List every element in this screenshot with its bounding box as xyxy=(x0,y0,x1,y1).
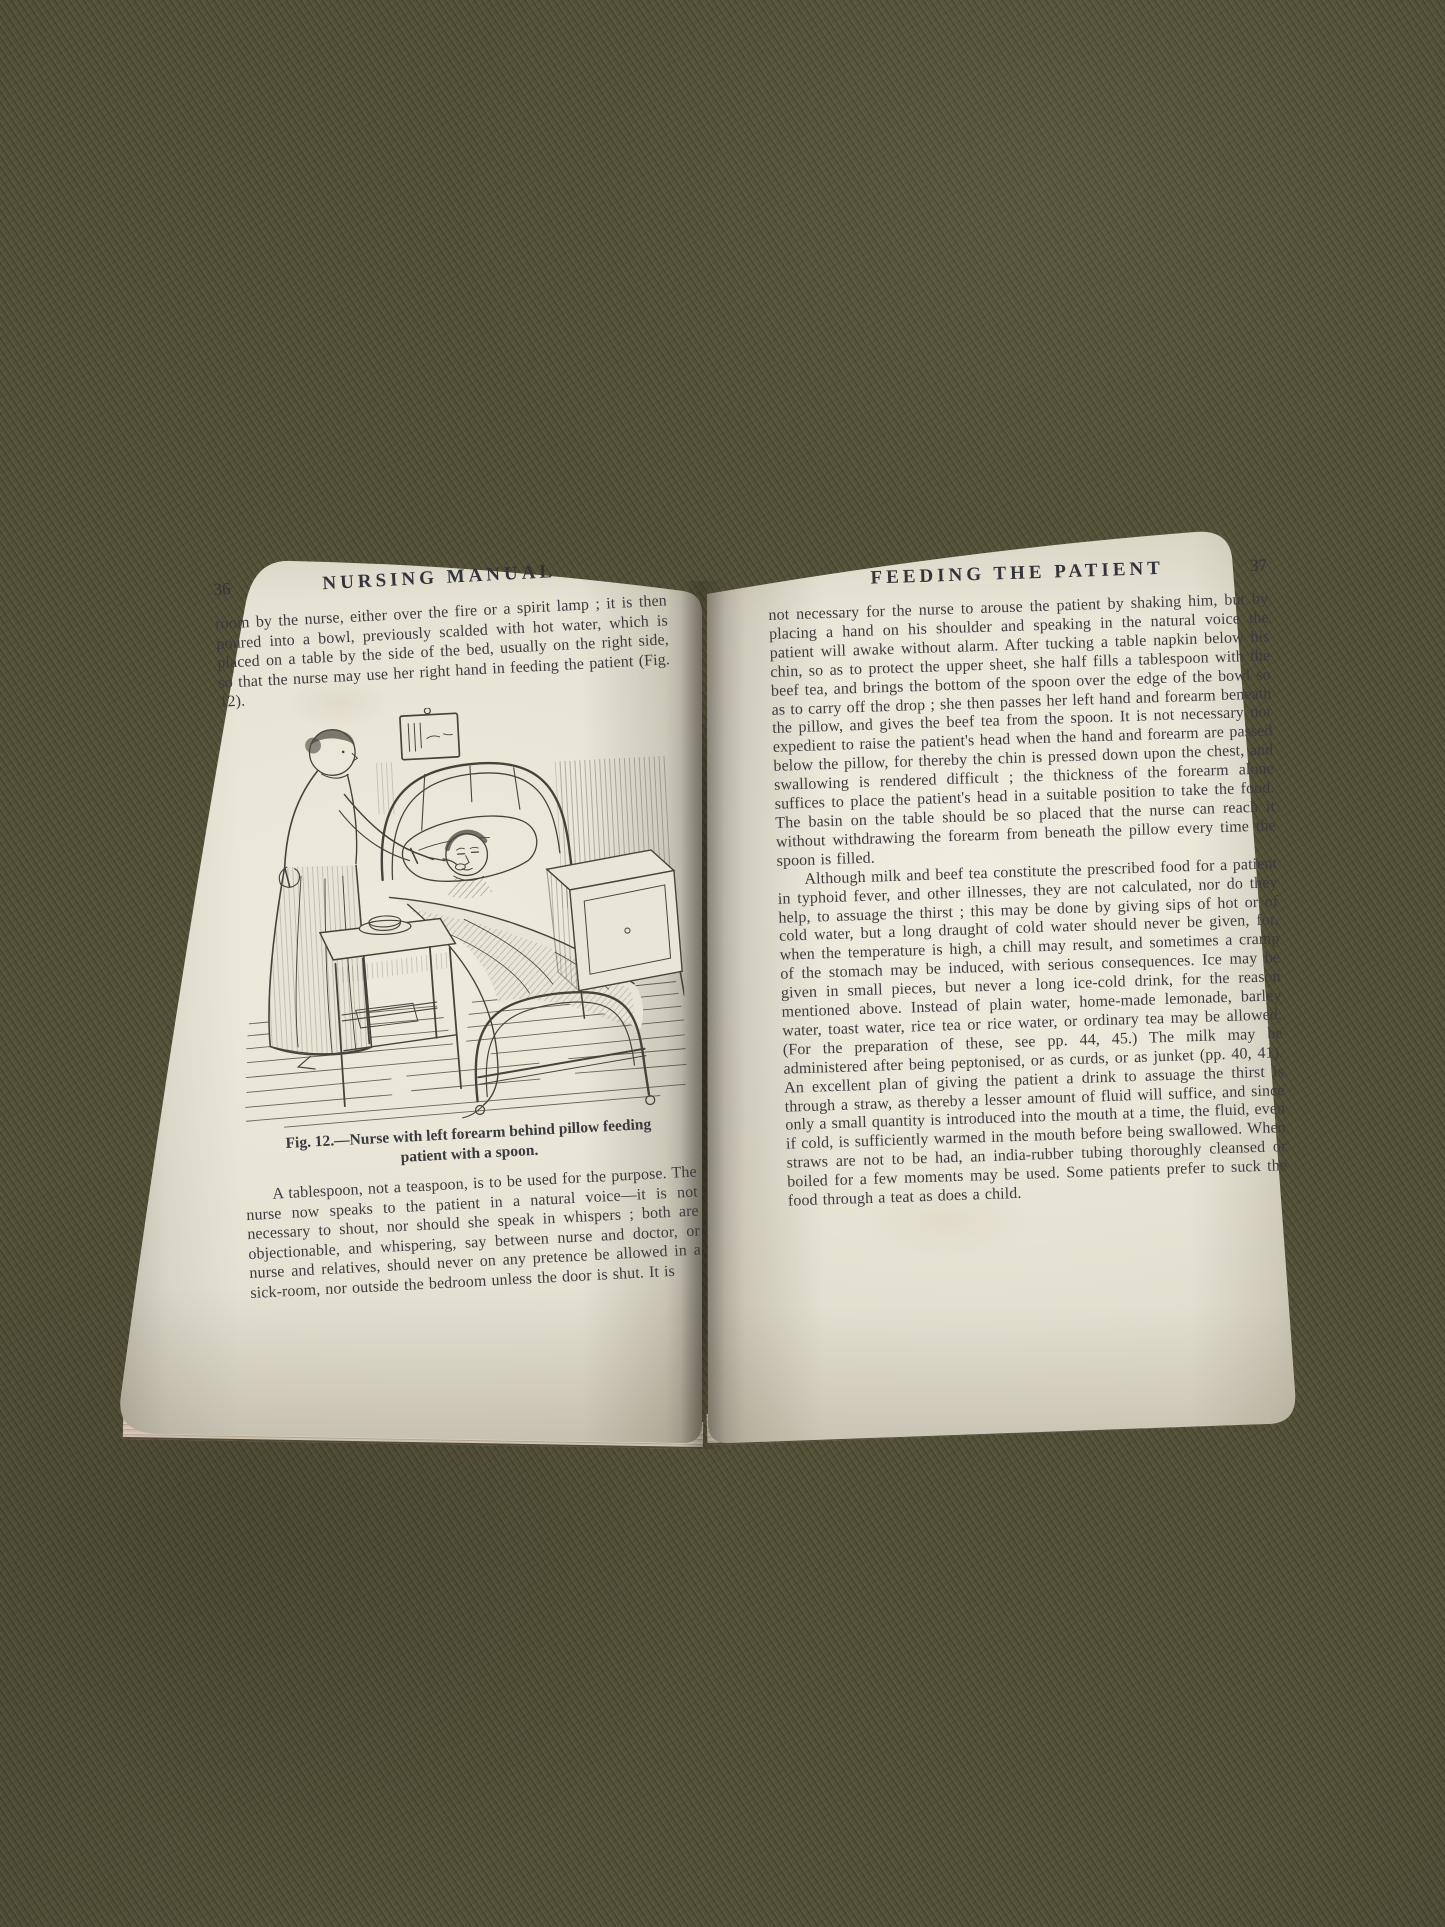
left-closing-paragraph: A tablespoon, not a teaspoon, is to be u… xyxy=(245,1162,703,1303)
figure-illustration xyxy=(223,695,690,1134)
header-spacer xyxy=(603,571,665,574)
right-page-content: FEEDING THE PATIENT 37 not necessary for… xyxy=(767,554,1288,1211)
right-page-number: 37 xyxy=(1205,555,1268,577)
photo-of-open-book: 36 NURSING MANUAL room by the nurse, eit… xyxy=(0,0,1445,1927)
right-paragraph-2: Although milk and beef tea constitute th… xyxy=(777,855,1288,1212)
right-paragraph-1: not necessary for the nurse to arouse th… xyxy=(768,590,1277,871)
left-page-content: 36 NURSING MANUAL room by the nurse, eit… xyxy=(213,555,702,1303)
left-page-number: 36 xyxy=(213,577,276,600)
wall-picture xyxy=(399,706,459,759)
open-book: 36 NURSING MANUAL room by the nurse, eit… xyxy=(95,515,1310,1455)
nurse-figure xyxy=(254,723,476,1071)
header-spacer xyxy=(768,585,830,587)
left-intro-paragraph: room by the nurse, either over the fire … xyxy=(215,591,672,712)
